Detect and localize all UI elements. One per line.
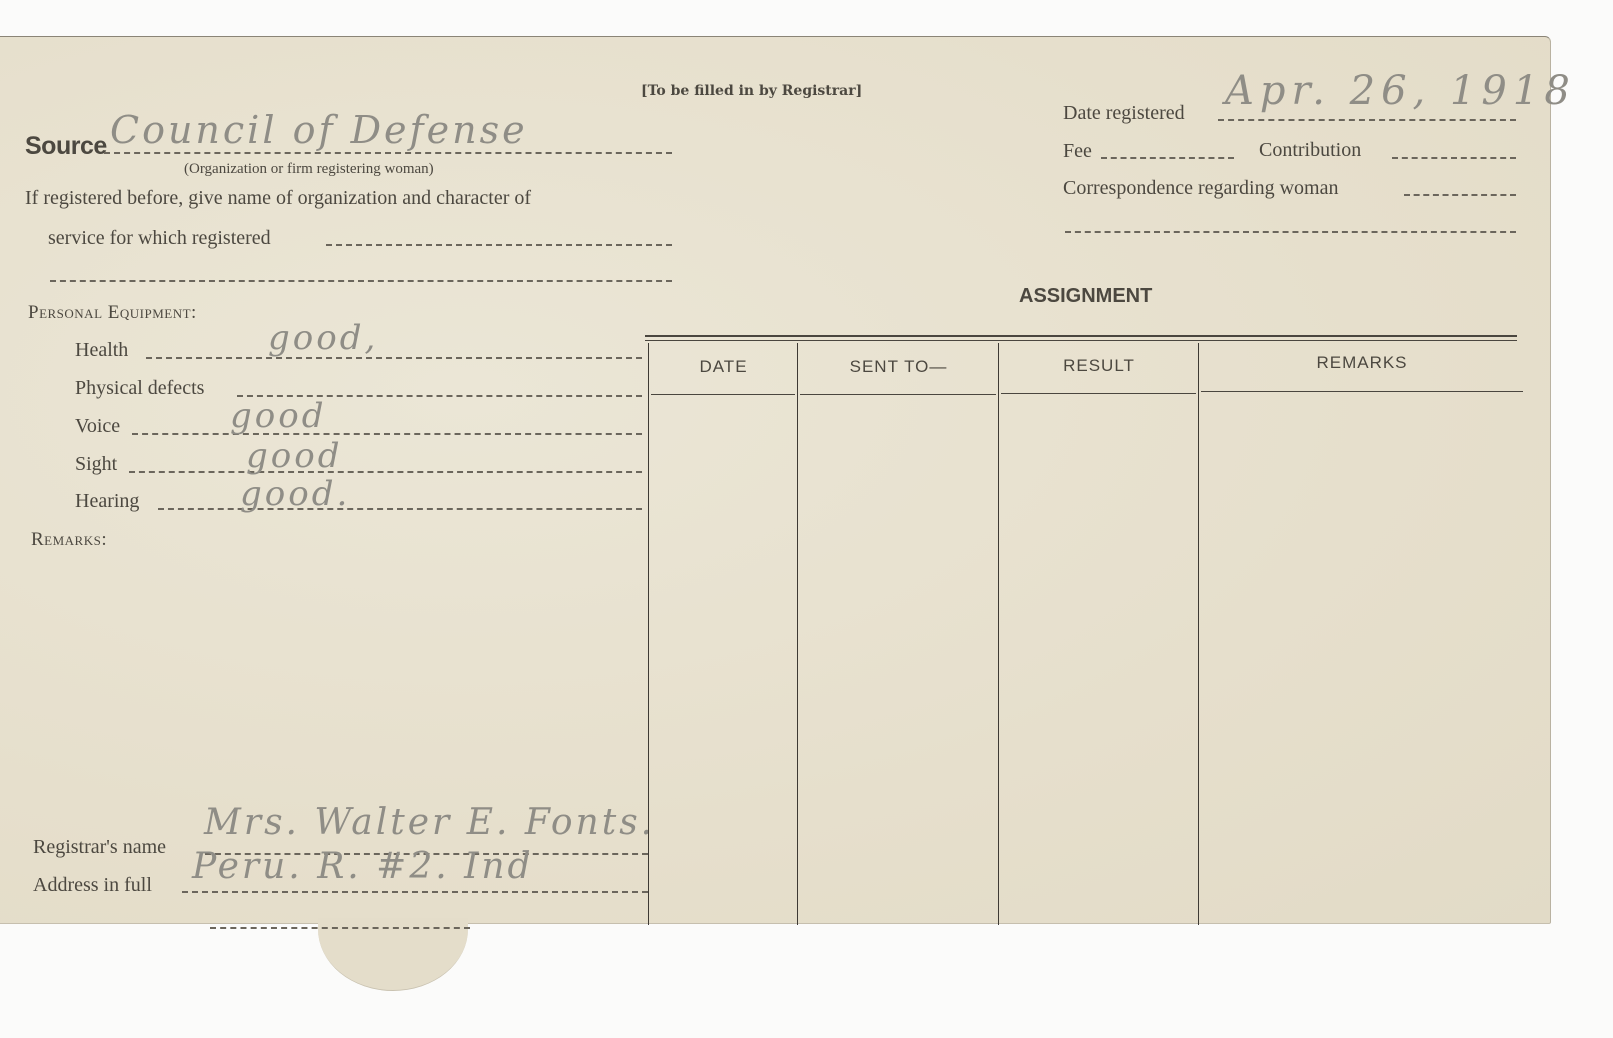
source-line <box>104 152 672 154</box>
physical-defects-label: Physical defects <box>75 377 204 400</box>
health-value[interactable]: good, <box>268 318 378 358</box>
source-label: Source <box>25 132 107 161</box>
correspondence-line-2[interactable] <box>1065 231 1516 233</box>
previous-registration-line1: If registered before, give name of organ… <box>25 187 531 210</box>
tab-line <box>210 927 470 929</box>
fee-label: Fee <box>1063 140 1092 163</box>
address-line <box>182 891 648 893</box>
header-rule-sent <box>800 394 996 395</box>
address-label: Address in full <box>33 874 152 897</box>
cell-sent-to[interactable] <box>800 396 997 924</box>
voice-label: Voice <box>75 415 120 438</box>
health-label: Health <box>75 339 128 362</box>
table-top-rule-inner <box>645 340 1517 341</box>
fee-line[interactable] <box>1101 157 1234 159</box>
table-top-rule <box>645 335 1517 337</box>
remarks-label: Remarks: <box>31 529 107 551</box>
sight-label: Sight <box>75 453 117 476</box>
date-registered-value[interactable]: Apr. 26, 1918 <box>1225 68 1576 114</box>
registrar-name-label: Registrar's name <box>33 836 166 859</box>
address-value[interactable]: Peru. R. #2. Ind <box>192 846 534 887</box>
hearing-line <box>158 508 642 510</box>
cell-result[interactable] <box>1001 396 1197 924</box>
assignment-title: ASSIGNMENT <box>1019 285 1152 308</box>
table-divider-3 <box>1198 343 1199 925</box>
registrar-name-value[interactable]: Mrs. Walter E. Fonts. <box>204 802 655 843</box>
column-header-result: RESULT <box>1000 356 1198 376</box>
header-rule-remarks <box>1201 391 1523 392</box>
personal-equipment-heading: Personal Equipment: <box>28 302 197 324</box>
hearing-value[interactable]: good. <box>240 474 350 514</box>
date-registered-line <box>1218 119 1516 121</box>
contribution-line[interactable] <box>1392 157 1516 159</box>
table-divider-1 <box>797 343 798 925</box>
cell-date[interactable] <box>651 396 796 924</box>
registrar-note: [To be filled in by Registrar] <box>641 83 862 99</box>
correspondence-line[interactable] <box>1404 194 1516 196</box>
column-header-sent-to: SENT TO— <box>799 357 998 377</box>
previous-registration-line2: service for which registered <box>48 227 271 250</box>
header-rule-date <box>651 394 795 395</box>
correspondence-label: Correspondence regarding woman <box>1063 177 1338 200</box>
remarks-area[interactable] <box>30 560 630 820</box>
sight-value[interactable]: good <box>246 436 342 476</box>
source-caption: (Organization or firm registering woman) <box>184 161 434 178</box>
health-line <box>146 357 642 359</box>
sight-line <box>129 471 642 473</box>
contribution-label: Contribution <box>1259 139 1361 162</box>
column-header-date: DATE <box>650 357 797 377</box>
cell-remarks[interactable] <box>1201 394 1523 924</box>
date-registered-label: Date registered <box>1063 102 1185 125</box>
header-rule-result <box>1001 393 1196 394</box>
previous-registration-line[interactable] <box>326 244 672 246</box>
hearing-label: Hearing <box>75 490 139 513</box>
previous-registration-line-2[interactable] <box>50 280 672 282</box>
voice-value[interactable]: good <box>230 396 326 436</box>
column-header-remarks: REMARKS <box>1200 353 1524 373</box>
source-value[interactable]: Council of Defense <box>110 108 528 152</box>
table-divider-2 <box>998 343 999 925</box>
voice-line <box>132 433 642 435</box>
table-border-left <box>648 343 649 925</box>
